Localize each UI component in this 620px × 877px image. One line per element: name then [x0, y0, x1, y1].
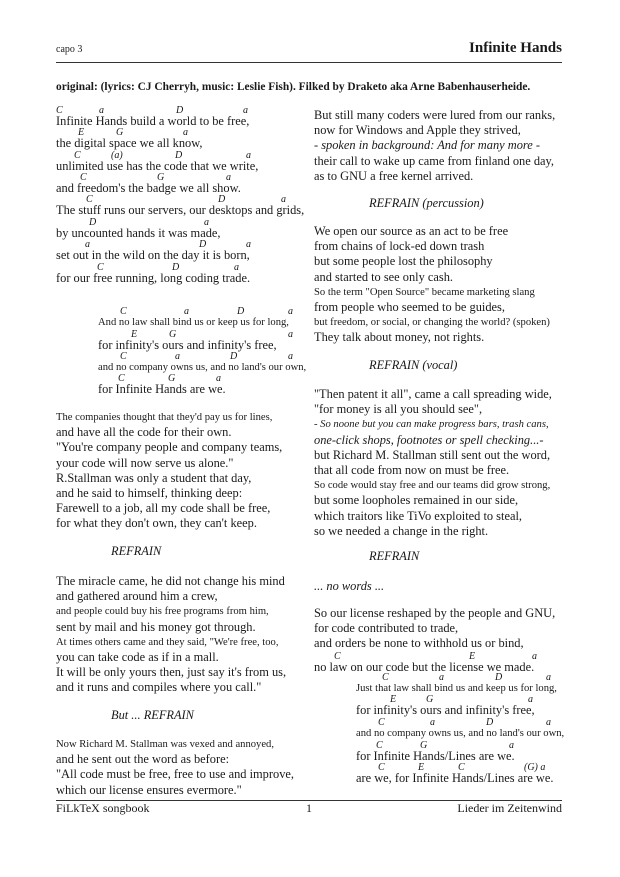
- verse-8-line: and orders be none to withhold us or bin…: [314, 636, 524, 651]
- verse-7-line: "Then patent it all", came a call spread…: [314, 387, 552, 402]
- refrain-label: REFRAIN: [369, 549, 419, 564]
- song-title: Infinite Hands: [469, 40, 562, 57]
- verse-7-line: - So noone but you can make progress bar…: [314, 417, 549, 432]
- refrain-label: REFRAIN (vocal): [369, 358, 457, 373]
- verse-7-line: "for money is all you should see",: [314, 402, 482, 417]
- verse-1-line: set out in the wild on the day it is bor…: [56, 248, 250, 263]
- verse-8-line: So our license reshaped by the people an…: [314, 606, 555, 621]
- verse-2-line: for what they don't own, they can't keep…: [56, 516, 257, 531]
- verse-7-line: which traitors like TiVo exploited to st…: [314, 509, 522, 524]
- verse-6-line: We open our source as an act to be free: [314, 224, 508, 239]
- verse-2-line: "You're company people and company teams…: [56, 440, 282, 455]
- verse-7-line: but Richard M. Stallman still sent out t…: [314, 448, 550, 463]
- verse-5-line: as to GNU a free kernel arrived.: [314, 169, 473, 184]
- verse-3-line: sent by mail and his money got through.: [56, 620, 256, 635]
- final-refrain-line: Just that law shall bind us and keep us …: [356, 681, 557, 696]
- songbook-page: capo 3 Infinite Hands original: (lyrics:…: [0, 0, 620, 877]
- verse-2-line: and have all the code for their own.: [56, 425, 231, 440]
- instrumental-note: ... no words ...: [314, 579, 384, 594]
- verse-2-line: R.Stallman was only a student that day,: [56, 471, 251, 486]
- verse-1-line: for our free running, long coding trade.: [56, 271, 250, 286]
- verse-7-line: So code would stay free and our teams di…: [314, 478, 550, 493]
- verse-6-line: from chains of lock-ed down trash: [314, 239, 484, 254]
- final-refrain-line: and no company owns us, and no land's ou…: [356, 726, 564, 741]
- verse-4-line: and he sent out the word as before:: [56, 752, 229, 767]
- header-rule: [56, 62, 562, 63]
- refrain-line: And no law shall bind us or keep us for …: [98, 315, 289, 330]
- verse-2-line: and he said to himself, thinking deep:: [56, 486, 242, 501]
- verse-4-line: "All code must be free, free to use and …: [56, 767, 294, 782]
- footer-page-number: 1: [306, 801, 312, 816]
- verse-5-line: their call to wake up came from finland …: [314, 154, 554, 169]
- footer-collection-name: Lieder im Zeitenwind: [457, 801, 562, 816]
- verse-5-line: But still many coders were lured from ou…: [314, 108, 555, 123]
- verse-1-line: and freedom's the badge we all show.: [56, 181, 241, 196]
- verse-3-line: and gathered around him a crew,: [56, 589, 218, 604]
- verse-6-line: but some people lost the philosophy: [314, 254, 493, 269]
- verse-6-line: from people who seemed to be guides,: [314, 300, 505, 315]
- right-column: But still many coders were lured from ou…: [314, 104, 564, 804]
- refrain-line: and no company owns us, and no land's ou…: [98, 360, 306, 375]
- verse-7-line: but some loopholes remained in our side,: [314, 493, 518, 508]
- refrain-label: REFRAIN: [111, 544, 161, 559]
- verse-4-line: Now Richard M. Stallman was vexed and an…: [56, 737, 274, 752]
- song-credits: original: (lyrics: CJ Cherryh, music: Le…: [56, 81, 530, 93]
- capo-label: capo 3: [56, 44, 82, 55]
- footer-songbook-name: FiLkTeX songbook: [56, 801, 150, 816]
- verse-5-line: - spoken in background: And for many mor…: [314, 138, 540, 153]
- verse-3-line: It will be only yours then, just say it'…: [56, 665, 286, 680]
- verse-5-line: now for Windows and Apple they strived,: [314, 123, 521, 138]
- verse-3-line: The miracle came, he did not change his …: [56, 574, 285, 589]
- verse-4-line: which our license ensures evermore.": [56, 783, 242, 798]
- verse-7-line: one-click shops, footnotes or spell chec…: [314, 433, 544, 448]
- verse-8-line: for code contributed to trade,: [314, 621, 458, 636]
- verse-2-line: The companies thought that they'd pay us…: [56, 410, 272, 425]
- verse-7-line: that all code from now on must be free.: [314, 463, 509, 478]
- verse-1-line: Infinite Hands build a world to be free,: [56, 114, 249, 129]
- verse-7-line: so we needed a change in the right.: [314, 524, 488, 539]
- verse-3-line: you can take code as if in a mall.: [56, 650, 219, 665]
- verse-6-line: So the term "Open Source" became marketi…: [314, 285, 535, 300]
- verse-3-line: and it runs and compiles where you call.…: [56, 680, 261, 695]
- verse-1-line: by uncounted hands it was made,: [56, 226, 221, 241]
- left-column: CaDaInfinite Hands build a world to be f…: [56, 104, 306, 804]
- verse-6-line: They talk about money, not rights.: [314, 330, 484, 345]
- refrain-line: for Infinite Hands are we.: [98, 382, 226, 397]
- verse-6-line: but freedom, or social, or changing the …: [314, 315, 550, 330]
- refrain-label: But ... REFRAIN: [111, 708, 194, 723]
- verse-3-line: At times others came and they said, "We'…: [56, 635, 278, 650]
- verse-2-line: your code will now serve us alone.": [56, 456, 233, 471]
- final-refrain-line: are we, for Infinite Hands/Lines are we.: [356, 771, 553, 786]
- refrain-label: REFRAIN (percussion): [369, 196, 484, 211]
- verse-2-line: Farewell to a job, all my code shall be …: [56, 501, 270, 516]
- verse-6-line: and started to see only cash.: [314, 270, 453, 285]
- chord-marker: a: [288, 327, 293, 342]
- verse-3-line: and people could buy his free programs f…: [56, 604, 269, 619]
